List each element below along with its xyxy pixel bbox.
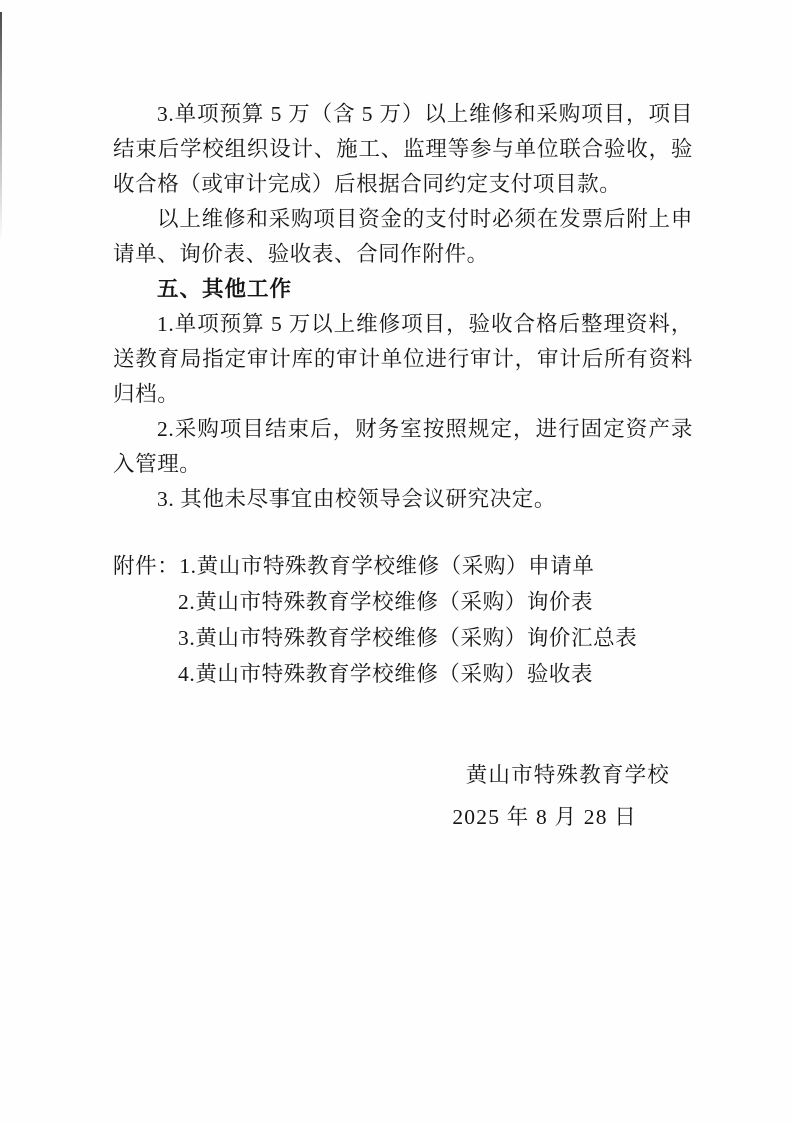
paragraph-other-matters: 3. 其他未尽事宜由校领导会议研究决定。 xyxy=(113,482,693,517)
paragraph-invoice-attachments: 以上维修和采购项目资金的支付时必须在发票后附上申请单、询价表、验收表、合同作附件… xyxy=(113,202,693,272)
document-page: 3.单项预算 5 万（含 5 万）以上维修和采购项目，项目结束后学校组织设计、施… xyxy=(0,0,793,1122)
paragraph-audit-filing: 1.单项预算 5 万以上维修项目，验收合格后整理资料，送教育局指定审计库的审计单… xyxy=(113,307,693,412)
document-content: 3.单项预算 5 万（含 5 万）以上维修和采购项目，项目结束后学校组织设计、施… xyxy=(113,97,693,829)
attachment-item-1: 1.黄山市特殊教育学校维修（采购）申请单 xyxy=(179,554,594,578)
signature-organization: 黄山市特殊教育学校 xyxy=(113,763,693,787)
attachment-line-1: 附件：1.黄山市特殊教育学校维修（采购）申请单 xyxy=(113,548,693,584)
section-heading-other-work: 五、其他工作 xyxy=(113,272,693,307)
attachments-section: 附件：1.黄山市特殊教育学校维修（采购）申请单 2.黄山市特殊教育学校维修（采购… xyxy=(113,548,693,692)
paragraph-fixed-assets: 2.采购项目结束后，财务室按照规定，进行固定资产录入管理。 xyxy=(113,412,693,482)
attachment-item-2: 2.黄山市特殊教育学校维修（采购）询价表 xyxy=(113,584,693,620)
attachment-item-4: 4.黄山市特殊教育学校维修（采购）验收表 xyxy=(113,656,693,692)
signature-date: 2025 年 8 月 28 日 xyxy=(113,805,693,829)
attachment-item-3: 3.黄山市特殊教育学校维修（采购）询价汇总表 xyxy=(113,620,693,656)
scan-edge-artifact xyxy=(0,12,2,242)
attachments-label: 附件： xyxy=(113,554,179,578)
signature-block: 黄山市特殊教育学校 2025 年 8 月 28 日 xyxy=(113,763,693,829)
paragraph-payment-over-50k: 3.单项预算 5 万（含 5 万）以上维修和采购项目，项目结束后学校组织设计、施… xyxy=(113,97,693,202)
